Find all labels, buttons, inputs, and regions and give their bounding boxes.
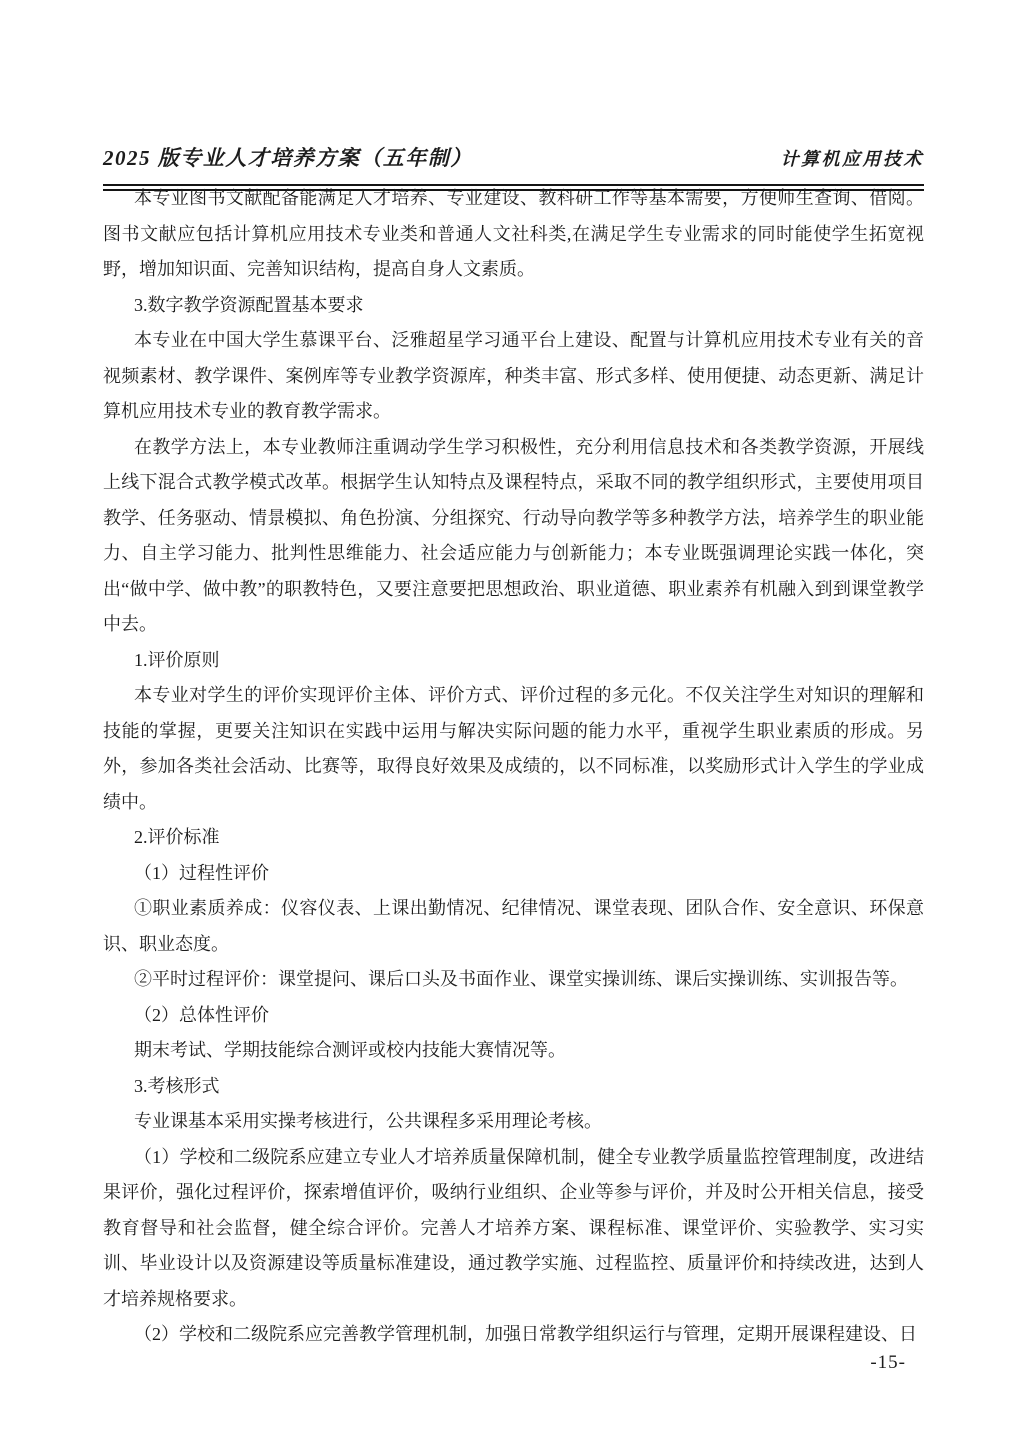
paragraph: （1）学校和二级院系应建立专业人才培养质量保障机制，健全专业教学质量监控管理制度… [103,1140,924,1318]
section-heading: 3.数字教学资源配置基本要求 [103,288,924,324]
page-header: 2025 版专业人才培养方案（五年制） 计算机应用技术 [103,142,924,172]
document-page: 2025 版专业人才培养方案（五年制） 计算机应用技术 本专业图书文献配备能满足… [0,0,1024,1448]
header-left-title: 2025 版专业人才培养方案（五年制） [103,142,473,172]
paragraph: 期末考试、学期技能综合测评或校内技能大赛情况等。 [103,1033,924,1069]
sub-heading: （2）总体性评价 [103,998,924,1034]
header-right-title: 计算机应用技术 [781,145,925,171]
paragraph: ②平时过程评价：课堂提问、课后口头及书面作业、课堂实操训练、课后实操训练、实训报… [103,962,924,998]
paragraph: 专业课基本采用实操考核进行，公共课程多采用理论考核。 [103,1104,924,1140]
paragraph: ①职业素质养成：仪容仪表、上课出勤情况、纪律情况、课堂表现、团队合作、安全意识、… [103,891,924,962]
section-heading: 3.考核形式 [103,1069,924,1105]
section-heading: 1.评价原则 [103,643,924,679]
page-number: -15- [870,1352,906,1374]
section-heading: 2.评价标准 [103,820,924,856]
paragraph: 本专业对学生的评价实现评价主体、评价方式、评价过程的多元化。不仅关注学生对知识的… [103,678,924,820]
paragraph: （2）学校和二级院系应完善教学管理机制，加强日常教学组织运行与管理，定期开展课程… [103,1317,924,1353]
document-body: 本专业图书文献配备能满足人才培养、专业建设、教科研工作等基本需要，方便师生查询、… [103,181,924,1353]
paragraph: 本专业图书文献配备能满足人才培养、专业建设、教科研工作等基本需要，方便师生查询、… [103,181,924,288]
sub-heading: （1）过程性评价 [103,856,924,892]
paragraph: 本专业在中国大学生慕课平台、泛雅超星学习通平台上建设、配置与计算机应用技术专业有… [103,323,924,430]
paragraph: 在教学方法上，本专业教师注重调动学生学习积极性，充分利用信息技术和各类教学资源，… [103,430,924,643]
